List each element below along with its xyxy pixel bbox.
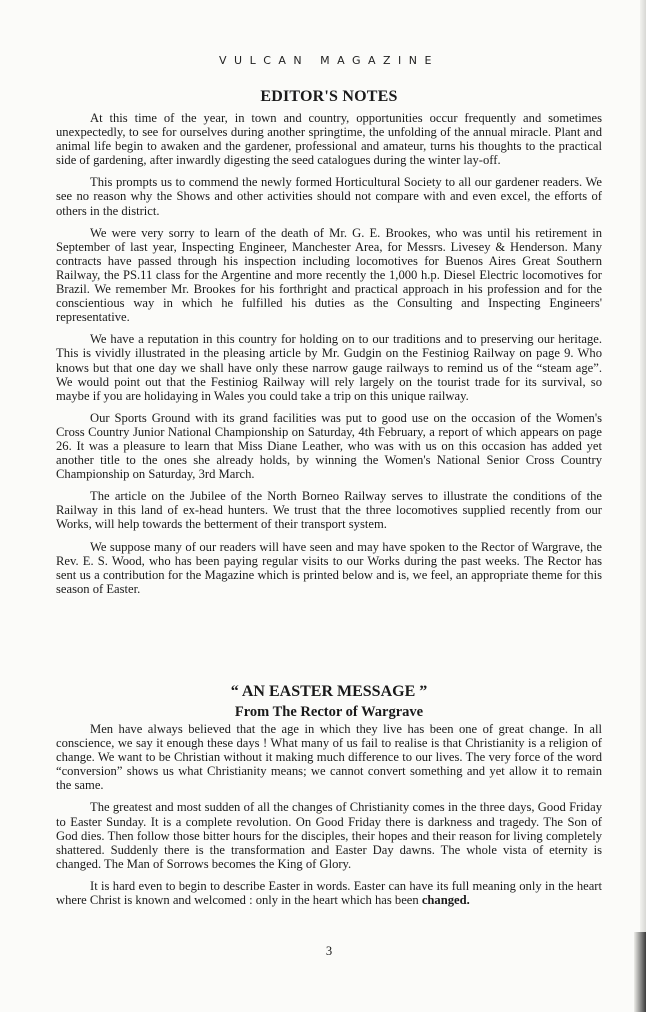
paragraph: Our Sports Ground with its grand facilit… [56,411,602,481]
running-head: VULCAN MAGAZINE [56,54,602,67]
page-corner-shadow [634,932,646,1012]
paragraph: The greatest and most sudden of all the … [56,800,602,870]
paragraph: The article on the Jubilee of the North … [56,489,602,531]
easter-message-title: “ AN EASTER MESSAGE ” [56,683,602,701]
paragraph: Men have always believed that the age in… [56,722,602,792]
paragraph: We suppose many of our readers will have… [56,540,602,596]
final-text: It is hard even to begin to describe Eas… [56,879,602,907]
paragraph: We were very sorry to learn of the death… [56,226,602,325]
editors-notes-body: At this time of the year, in town and co… [56,111,602,604]
page-number: 3 [56,944,602,959]
editors-notes-title: EDITOR'S NOTES [56,88,602,106]
final-bold-word: changed. [422,893,470,907]
paragraph: We have a reputation in this country for… [56,332,602,402]
easter-message-body: Men have always believed that the age in… [56,722,602,915]
paragraph: This prompts us to commend the newly for… [56,175,602,217]
page-edge-shadow [640,0,646,1012]
paragraph: At this time of the year, in town and co… [56,111,602,167]
easter-message-subtitle: From The Rector of Wargrave [56,704,602,721]
paragraph-final: It is hard even to begin to describe Eas… [56,879,602,907]
